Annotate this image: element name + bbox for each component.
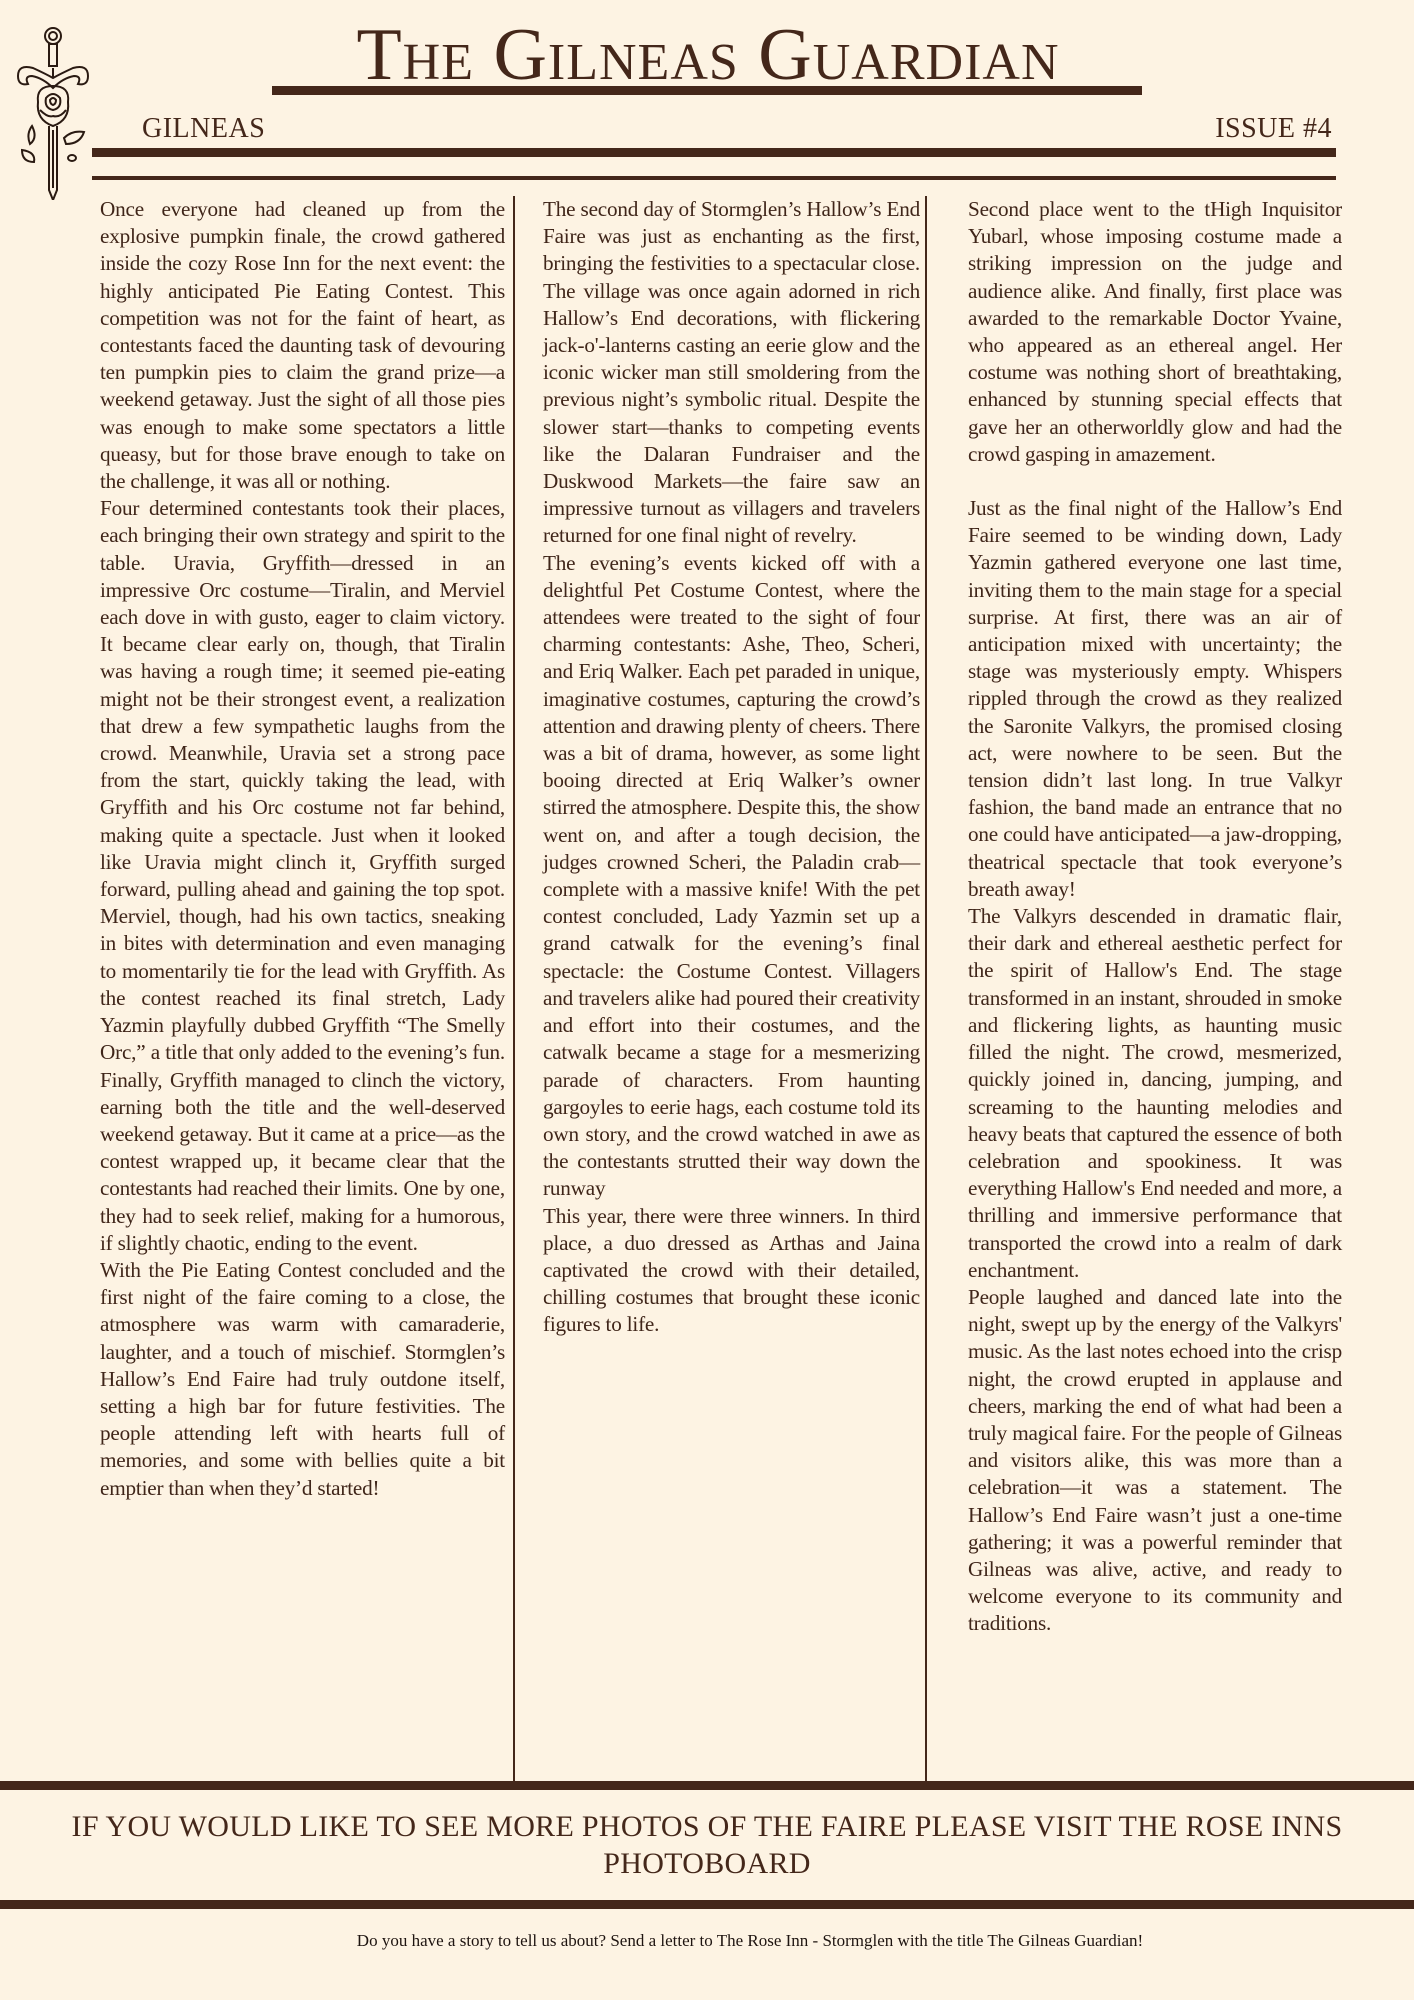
paragraph: The evening’s events kicked off with a d…: [543, 550, 920, 1203]
column-divider: [513, 196, 515, 1782]
issue-number: ISSUE #4: [1215, 113, 1332, 145]
paragraph: The Valkyrs descended in dramatic flair,…: [968, 903, 1342, 1284]
banner-rule-top: [0, 1781, 1414, 1790]
paragraph: People laughed and danced late into the …: [968, 1284, 1342, 1638]
paragraph: Second place went to the tHigh Inquisito…: [968, 196, 1342, 468]
article-column-3: Second place went to the tHigh Inquisito…: [968, 196, 1342, 1638]
photoboard-banner: IF YOU WOULD LIKE TO SEE MORE PHOTOS OF …: [20, 1808, 1394, 1882]
header-rule-thick: [92, 148, 1336, 157]
newspaper-title: The Gilneas Guardian: [270, 18, 1146, 92]
title-underline: [272, 86, 1142, 95]
article-column-2: The second day of Stormglen’s Hallow’s E…: [543, 196, 920, 1339]
banner-rule-bottom: [0, 1900, 1414, 1909]
footer-note: Do you have a story to tell us about? Se…: [320, 1926, 1180, 1955]
paragraph: Four determined contestants took their p…: [100, 495, 505, 1257]
column-divider: [925, 196, 927, 1782]
paragraph: Once everyone had cleaned up from the ex…: [100, 196, 505, 495]
paragraph: This year, there were three winners. In …: [543, 1203, 920, 1339]
paragraph: The second day of Stormglen’s Hallow’s E…: [543, 196, 920, 550]
location-label: GILNEAS: [142, 113, 265, 145]
paragraph: With the Pie Eating Contest concluded an…: [100, 1257, 505, 1502]
header-rule-thin: [92, 176, 1336, 180]
paragraph: Just as the final night of the Hallow’s …: [968, 495, 1342, 903]
dagger-rose-icon: [8, 22, 98, 200]
article-column-1: Once everyone had cleaned up from the ex…: [100, 196, 505, 1502]
